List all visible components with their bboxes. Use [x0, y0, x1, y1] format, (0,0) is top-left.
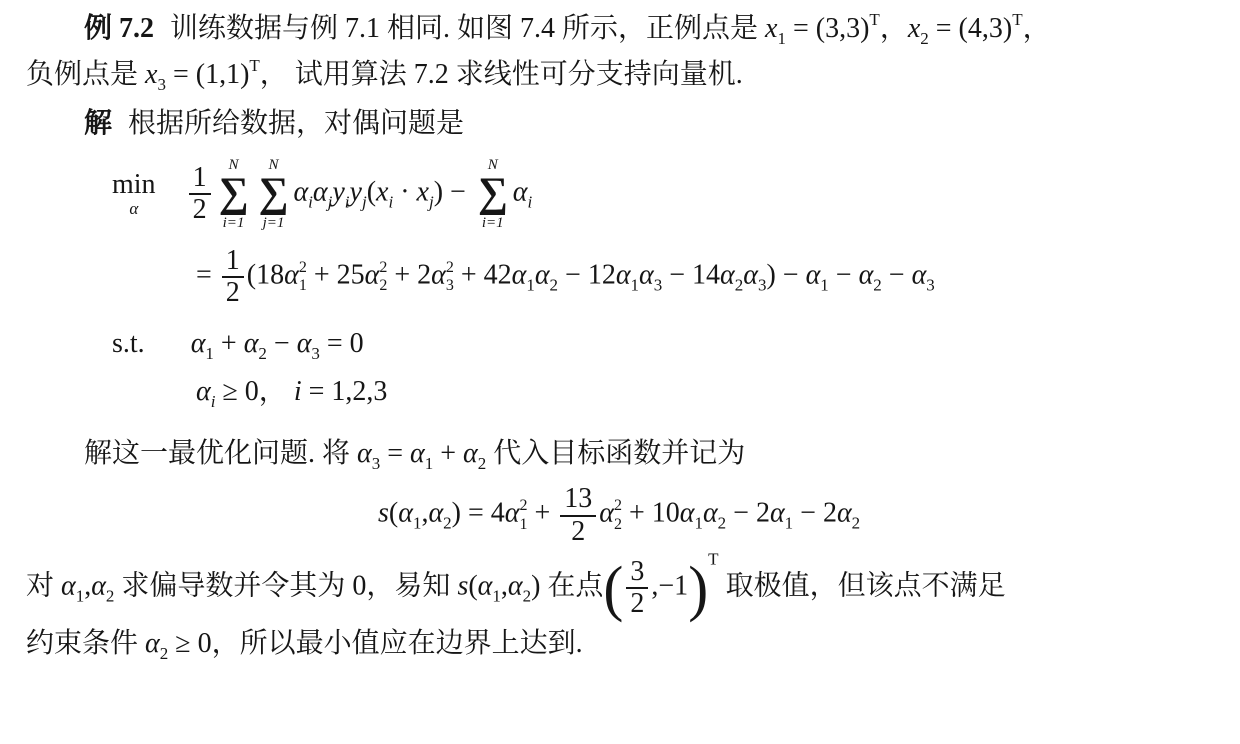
sum-operator: N∑j=1: [259, 156, 289, 232]
text-run: 解这一最优化问题. 将: [84, 438, 357, 469]
subscript: 2: [718, 514, 727, 533]
solution-intro-line: 解根据所给数据，对偶问题是: [26, 102, 1218, 146]
text-run: (: [389, 498, 398, 529]
example-statement-line-1: 例 7.2训练数据与例 7.1 相同. 如图 7.4 所示，正例点是 x1 = …: [26, 6, 1218, 52]
sum-operator: N∑i=1: [219, 156, 249, 232]
stack-subscript: 3: [446, 277, 454, 295]
math-variable: x: [145, 59, 157, 90]
subscript: 1: [425, 454, 434, 473]
math-variable: α: [244, 328, 259, 359]
sum-lower-limit: i=1: [223, 214, 245, 232]
stack-subscript: 2: [614, 516, 622, 534]
math-variable: α: [91, 570, 106, 601]
extremum-sentence-line-2: 约束条件 α2 ≥ 0，所以最小值应在边界上达到.: [26, 619, 1218, 669]
math-variable: α: [284, 260, 299, 291]
math-variable: s: [378, 498, 389, 529]
text-run: + 25: [307, 260, 365, 291]
subscript: 2: [523, 586, 532, 605]
min-under-variable: α: [129, 200, 138, 218]
text-run: = 1,2,3: [302, 376, 388, 407]
text-run: + 10: [622, 498, 680, 529]
math-variable: x: [417, 176, 429, 207]
subscript: 2: [735, 276, 744, 295]
text-run: ) −: [434, 176, 473, 207]
math-variable: α: [720, 260, 735, 291]
math-variable: α: [428, 498, 443, 529]
text-run: + 2: [387, 260, 431, 291]
text-run: s.t.: [112, 328, 145, 359]
math-variable: α: [297, 328, 312, 359]
text-run: =: [380, 438, 410, 469]
math-variable: α: [293, 176, 308, 207]
constraints-line-1: s.t.α1 + α2 − α3 = 0: [112, 324, 1218, 364]
big-paren: ): [688, 560, 708, 617]
text-run: −: [829, 260, 859, 291]
subscript: 1: [492, 586, 501, 605]
text-run: ) −: [766, 260, 805, 291]
math-variable: α: [191, 328, 206, 359]
math-variable: α: [513, 176, 528, 207]
text-run: 对: [26, 570, 61, 601]
superscript: T: [869, 10, 879, 29]
math-variable: α: [680, 498, 695, 529]
text-run: ，: [1023, 13, 1051, 44]
math-variable: α: [743, 260, 758, 291]
s-function-equation: s(α1,α2) = 4α21 + 132α22 + 10α1α2 − 2α1 …: [378, 484, 1218, 546]
math-variable: α: [703, 498, 718, 529]
text-run: ,: [501, 570, 508, 601]
math-variable: α: [431, 260, 446, 291]
fraction-denominator: 2: [222, 278, 244, 308]
subscript: 3: [654, 276, 663, 295]
math-variable: α: [365, 260, 380, 291]
substitution-sentence: 解这一最优化问题. 将 α3 = α1 + α2 代入目标函数并记为: [26, 432, 1218, 476]
math-variable: α: [313, 176, 328, 207]
math-variable: α: [837, 498, 852, 529]
superscript: T: [249, 56, 259, 75]
math-variable: α: [410, 438, 425, 469]
sup-sub-stack: 22: [614, 497, 622, 534]
math-variable: α: [145, 628, 160, 659]
subscript: 1: [694, 514, 703, 533]
text-run: 代入目标函数并记为: [486, 438, 745, 469]
dual-objective-equation: minα12N∑i=1N∑j=1αiαjyiyj(xi · xj) − N∑i=…: [112, 156, 1218, 232]
math-variable: α: [478, 570, 493, 601]
subscript: 1: [526, 276, 535, 295]
text-run: 约束条件: [26, 628, 145, 659]
math-variable: α: [535, 260, 550, 291]
subscript: 2: [873, 276, 882, 295]
fraction: 12: [189, 163, 211, 225]
text-run: =: [196, 260, 219, 291]
subscript: 1: [76, 586, 85, 605]
text-run: ,−1: [651, 570, 688, 601]
math-variable: α: [357, 438, 372, 469]
text-run: − 12: [558, 260, 616, 291]
sigma-symbol: ∑: [219, 174, 249, 214]
math-variable: α: [61, 570, 76, 601]
math-variable: y: [350, 176, 362, 207]
text-run: = 0: [320, 328, 364, 359]
math-variable: α: [912, 260, 927, 291]
min-operator: minα: [112, 170, 156, 217]
subscript: 3: [372, 454, 381, 473]
fraction: 12: [222, 246, 244, 308]
subscript: 3: [926, 276, 935, 295]
stack-superscript: 2: [299, 259, 307, 277]
text-run: −: [882, 260, 912, 291]
fraction: 32: [626, 557, 648, 619]
text-run: +: [433, 438, 463, 469]
math-variable: x: [376, 176, 388, 207]
dual-objective-expanded-equation: = 12(18α21 + 25α22 + 2α23 + 42α1α2 − 12α…: [196, 246, 1218, 308]
text-run: 取极值，但该点不满足: [719, 570, 1006, 601]
fraction-numerator: 13: [560, 484, 596, 516]
text-run: 求偏导数并令其为 0，易知: [114, 570, 457, 601]
math-variable: α: [196, 376, 211, 407]
subscript: 2: [920, 29, 929, 48]
math-variable: α: [639, 260, 654, 291]
math-variable: α: [616, 260, 631, 291]
example-statement-line-2: 负例点是 x3 = (1,1)T， 试用算法 7.2 求线性可分支持向量机.: [26, 52, 1218, 98]
text-run: ) 在点: [531, 570, 603, 601]
fraction-numerator: 1: [222, 246, 244, 278]
fraction-numerator: 3: [626, 557, 648, 589]
subscript: 2: [258, 344, 267, 363]
subscript: 1: [820, 276, 829, 295]
text-run: = (3,3): [786, 13, 869, 44]
sigma-symbol: ∑: [478, 174, 508, 214]
text-run: − 2: [726, 498, 770, 529]
math-variable: x: [765, 13, 777, 44]
stack-superscript: 2: [614, 497, 622, 515]
constraint-expression-1: α1 + α2 − α3 = 0: [191, 328, 364, 359]
subscript: 1: [785, 514, 794, 533]
subscript: 1: [205, 344, 214, 363]
math-variable: α: [859, 260, 874, 291]
text-run: = (1,1): [166, 59, 249, 90]
text-run: ≥ 0，: [215, 376, 293, 407]
fraction-denominator: 2: [189, 195, 211, 225]
text-run: − 2: [793, 498, 837, 529]
math-variable: α: [770, 498, 785, 529]
text-run: − 14: [662, 260, 720, 291]
subscript: 1: [777, 29, 786, 48]
superscript: T: [1012, 10, 1022, 29]
scanned-textbook-page: 例 7.2训练数据与例 7.1 相同. 如图 7.4 所示，正例点是 x1 = …: [0, 0, 1240, 744]
sup-sub-stack: 23: [446, 259, 454, 296]
text-run: +: [527, 498, 557, 529]
subscript: 1: [631, 276, 640, 295]
math-variable: α: [806, 260, 821, 291]
text-run: ) = 4: [452, 498, 505, 529]
math-variable: s: [457, 570, 468, 601]
text-run: + 42: [454, 260, 512, 291]
text-run: (: [367, 176, 376, 207]
text-run: (: [468, 570, 477, 601]
subscript: 3: [157, 75, 166, 94]
text-run: −: [267, 328, 297, 359]
bold-label: 解: [84, 108, 112, 139]
extremum-sentence-line-1: 对 α1,α2 求偏导数并令其为 0，易知 s(α1,α2) 在点(32,−1)…: [26, 557, 1218, 619]
math-variable: α: [398, 498, 413, 529]
text-run: ≥ 0，所以最小值应在边界上达到.: [168, 628, 582, 659]
text-run: = (4,3): [929, 13, 1012, 44]
subscript: 2: [478, 454, 487, 473]
sigma-symbol: ∑: [259, 174, 289, 214]
text-run: ，: [880, 13, 908, 44]
text-run: 根据所给数据，对偶问题是: [128, 108, 464, 139]
fraction-denominator: 2: [626, 589, 648, 619]
subscript: 2: [160, 644, 169, 663]
stack-subscript: 1: [299, 277, 307, 295]
math-variable: α: [463, 438, 478, 469]
math-variable: α: [508, 570, 523, 601]
subscript: 2: [550, 276, 559, 295]
fraction-denominator: 2: [567, 517, 589, 547]
math-variable: y: [332, 176, 344, 207]
subscript: 3: [311, 344, 320, 363]
math-variable: α: [505, 498, 520, 529]
example-statement-paragraph: 例 7.2训练数据与例 7.1 相同. 如图 7.4 所示，正例点是 x1 = …: [26, 6, 1218, 98]
fraction: 132: [560, 484, 596, 546]
subscript: i: [527, 192, 532, 211]
subscript: 2: [852, 514, 861, 533]
math-variable: i: [294, 376, 302, 407]
text-run: ·: [393, 176, 416, 207]
fraction-numerator: 1: [189, 163, 211, 195]
sup-sub-stack: 21: [299, 259, 307, 296]
sum-lower-limit: i=1: [482, 214, 504, 232]
text-run: 训练数据与例 7.1 相同. 如图 7.4 所示，正例点是: [170, 13, 765, 44]
constraints-line-2: αi ≥ 0， i = 1,2,3: [196, 372, 1218, 412]
math-variable: x: [908, 13, 920, 44]
text-run: ， 试用算法 7.2 求线性可分支持向量机.: [260, 59, 743, 90]
stack-superscript: 2: [446, 259, 454, 277]
superscript: T: [708, 549, 718, 568]
big-paren: (: [603, 560, 623, 617]
min-label: min: [112, 170, 156, 199]
math-variable: α: [512, 260, 527, 291]
subscript: 2: [443, 514, 452, 533]
text-run: +: [214, 328, 244, 359]
sum-lower-limit: j=1: [263, 214, 285, 232]
subject-to-label: s.t.: [112, 324, 145, 364]
text-run: 负例点是: [26, 59, 145, 90]
math-variable: α: [599, 498, 614, 529]
text-run: (18: [247, 260, 284, 291]
sum-operator: N∑i=1: [478, 156, 508, 232]
bold-label: 例 7.2: [84, 13, 154, 44]
